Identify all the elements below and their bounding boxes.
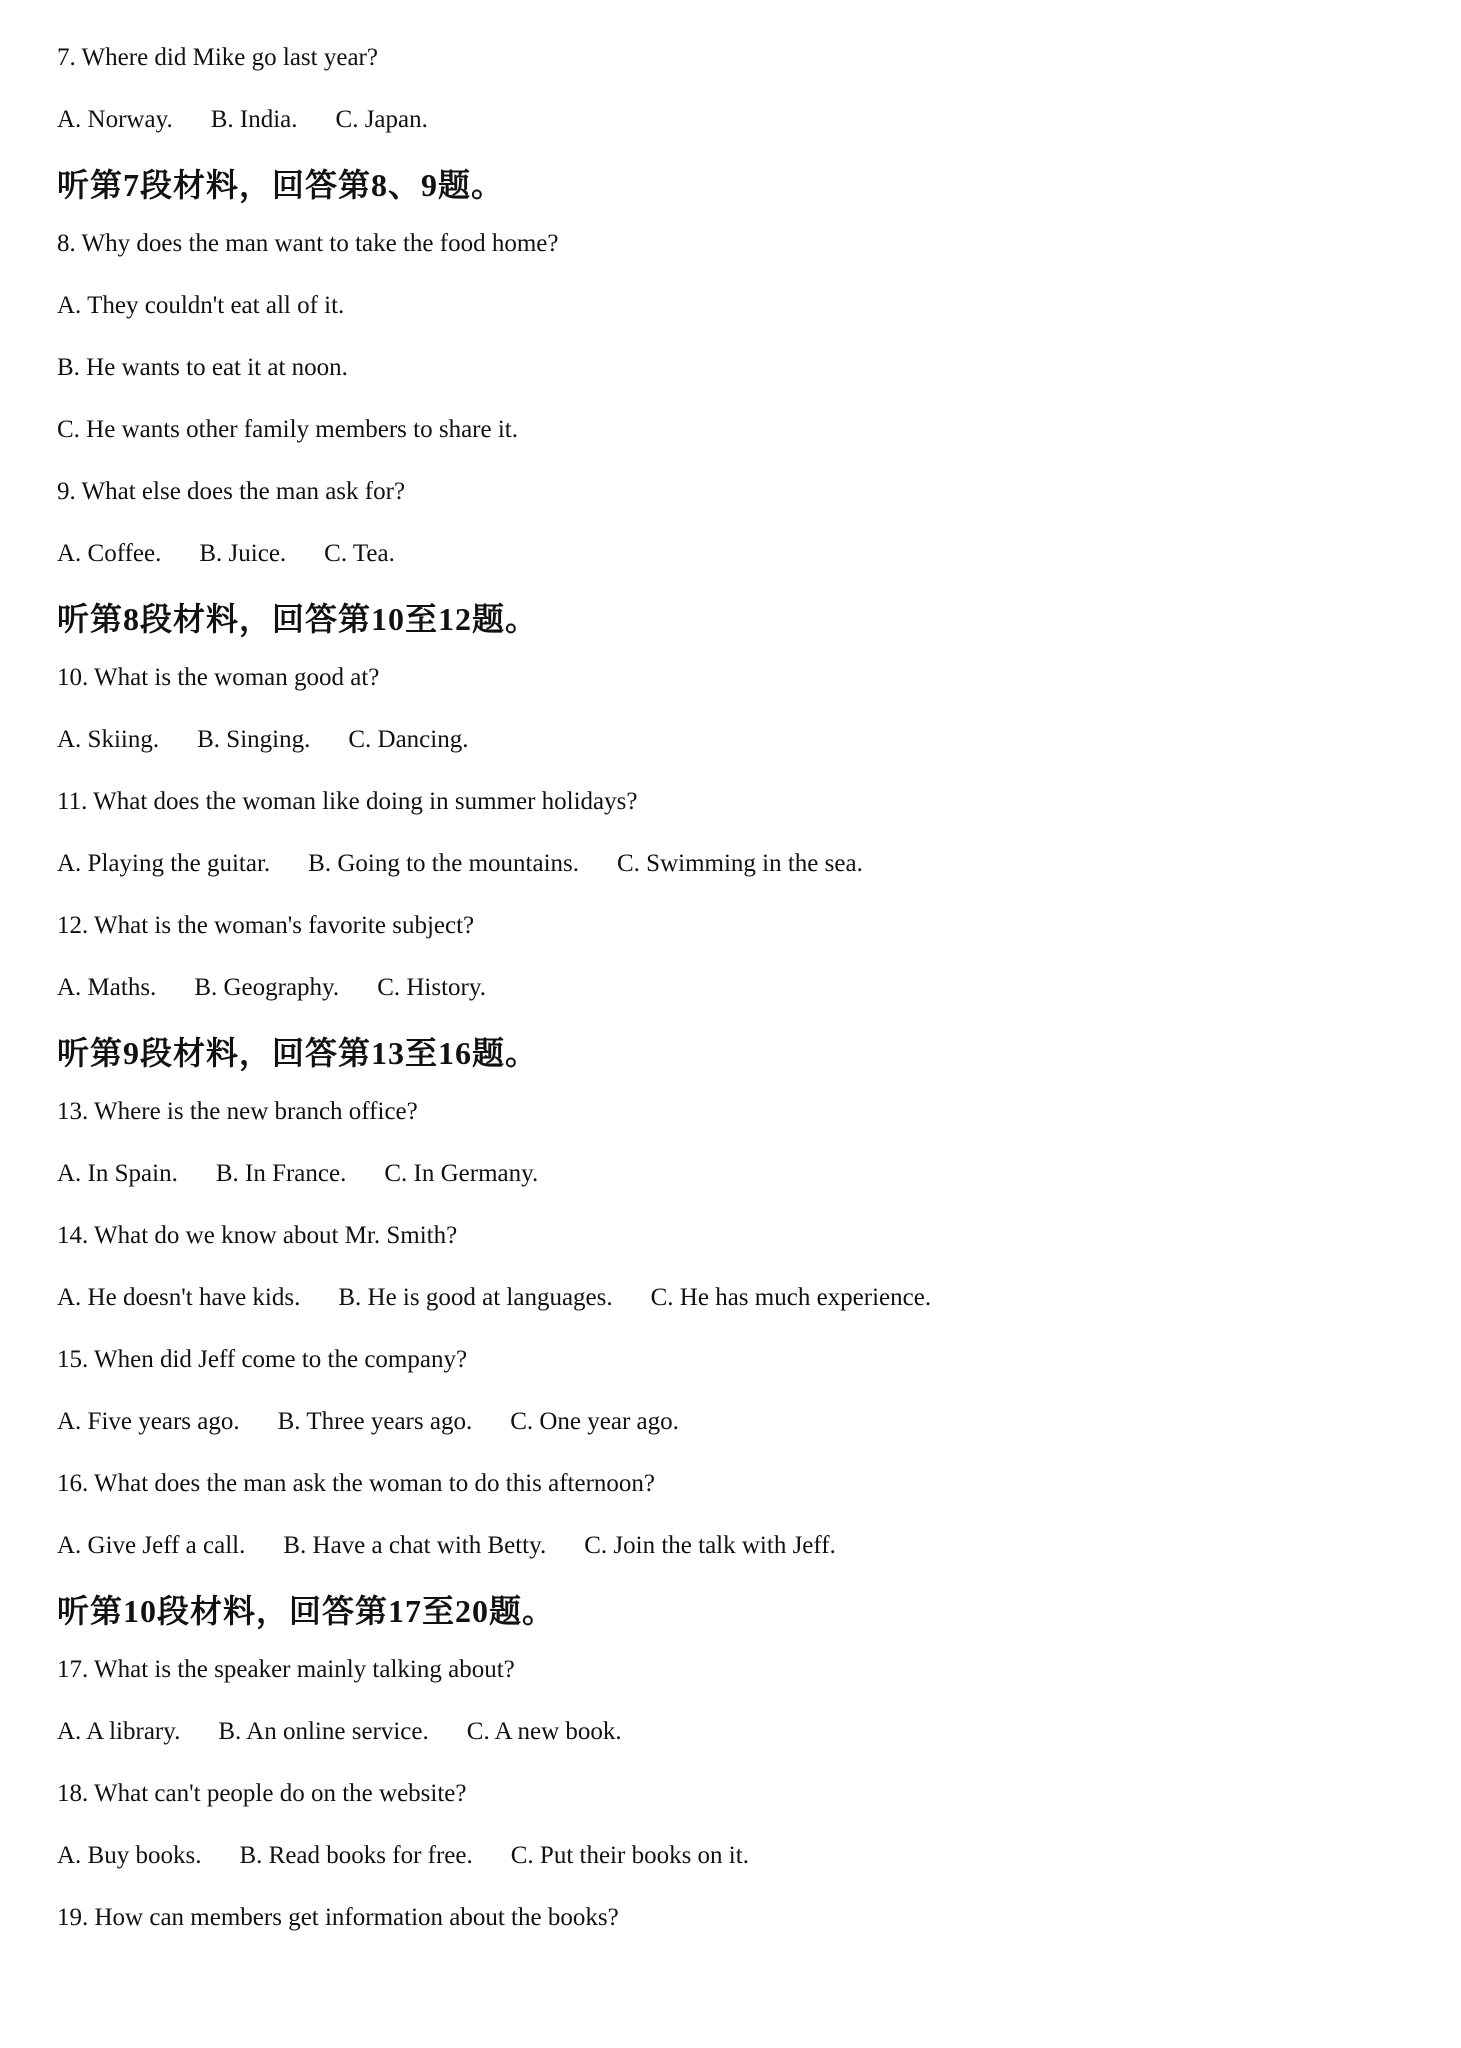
option-16-a: A. Give Jeff a call. (57, 1528, 245, 1564)
options-17: A. A library. B. An online service. C. A… (57, 1714, 1431, 1750)
question-7: 7. Where did Mike go last year? (57, 40, 1431, 76)
option-9-b: B. Juice. (199, 536, 286, 572)
section-header-9: 听第9段材料，回答第13至16题。 (57, 1032, 1431, 1074)
question-8: 8. Why does the man want to take the foo… (57, 226, 1431, 262)
option-16-b: B. Have a chat with Betty. (283, 1528, 546, 1564)
option-8-b: B. He wants to eat it at noon. (57, 350, 1431, 386)
option-13-b: B. In France. (216, 1156, 347, 1192)
question-17: 17. What is the speaker mainly talking a… (57, 1652, 1431, 1688)
option-15-c: C. One year ago. (510, 1404, 679, 1440)
option-17-a: A. A library. (57, 1714, 180, 1750)
option-18-c: C. Put their books on it. (511, 1838, 749, 1874)
question-15: 15. When did Jeff come to the company? (57, 1342, 1431, 1378)
question-10: 10. What is the woman good at? (57, 660, 1431, 696)
option-12-c: C. History. (377, 970, 486, 1006)
options-9: A. Coffee. B. Juice. C. Tea. (57, 536, 1431, 572)
option-9-c: C. Tea. (324, 536, 395, 572)
option-18-a: A. Buy books. (57, 1838, 201, 1874)
question-13: 13. Where is the new branch office? (57, 1094, 1431, 1130)
option-11-a: A. Playing the guitar. (57, 846, 270, 882)
option-18-b: B. Read books for free. (239, 1838, 472, 1874)
option-8-a: A. They couldn't eat all of it. (57, 288, 1431, 324)
section-header-10: 听第10段材料，回答第17至20题。 (57, 1590, 1431, 1632)
option-10-a: A. Skiing. (57, 722, 159, 758)
exam-page: 7. Where did Mike go last year? A. Norwa… (0, 0, 1461, 2048)
question-18: 18. What can't people do on the website? (57, 1776, 1431, 1812)
option-8-c: C. He wants other family members to shar… (57, 412, 1431, 448)
option-15-a: A. Five years ago. (57, 1404, 240, 1440)
option-11-b: B. Going to the mountains. (308, 846, 579, 882)
section-header-7: 听第7段材料，回答第8、9题。 (57, 164, 1431, 206)
option-17-c: C. A new book. (467, 1714, 622, 1750)
options-13: A. In Spain. B. In France. C. In Germany… (57, 1156, 1431, 1192)
option-14-b: B. He is good at languages. (338, 1280, 612, 1316)
options-18: A. Buy books. B. Read books for free. C.… (57, 1838, 1431, 1874)
question-9: 9. What else does the man ask for? (57, 474, 1431, 510)
option-15-b: B. Three years ago. (278, 1404, 473, 1440)
option-7-b: B. India. (211, 102, 298, 138)
option-13-a: A. In Spain. (57, 1156, 178, 1192)
options-14: A. He doesn't have kids. B. He is good a… (57, 1280, 1431, 1316)
question-14: 14. What do we know about Mr. Smith? (57, 1218, 1431, 1254)
option-12-a: A. Maths. (57, 970, 156, 1006)
option-10-b: B. Singing. (197, 722, 310, 758)
option-7-a: A. Norway. (57, 102, 173, 138)
option-16-c: C. Join the talk with Jeff. (584, 1528, 836, 1564)
question-12: 12. What is the woman's favorite subject… (57, 908, 1431, 944)
options-16: A. Give Jeff a call. B. Have a chat with… (57, 1528, 1431, 1564)
option-9-a: A. Coffee. (57, 536, 161, 572)
question-11: 11. What does the woman like doing in su… (57, 784, 1431, 820)
option-7-c: C. Japan. (336, 102, 428, 138)
option-10-c: C. Dancing. (348, 722, 468, 758)
options-7: A. Norway. B. India. C. Japan. (57, 102, 1431, 138)
options-15: A. Five years ago. B. Three years ago. C… (57, 1404, 1431, 1440)
question-16: 16. What does the man ask the woman to d… (57, 1466, 1431, 1502)
section-header-8: 听第8段材料，回答第10至12题。 (57, 598, 1431, 640)
option-11-c: C. Swimming in the sea. (617, 846, 863, 882)
option-14-a: A. He doesn't have kids. (57, 1280, 300, 1316)
option-13-c: C. In Germany. (384, 1156, 538, 1192)
options-10: A. Skiing. B. Singing. C. Dancing. (57, 722, 1431, 758)
option-17-b: B. An online service. (218, 1714, 428, 1750)
option-12-b: B. Geography. (194, 970, 339, 1006)
options-11: A. Playing the guitar. B. Going to the m… (57, 846, 1431, 882)
question-19: 19. How can members get information abou… (57, 1900, 1431, 1936)
options-12: A. Maths. B. Geography. C. History. (57, 970, 1431, 1006)
option-14-c: C. He has much experience. (651, 1280, 931, 1316)
